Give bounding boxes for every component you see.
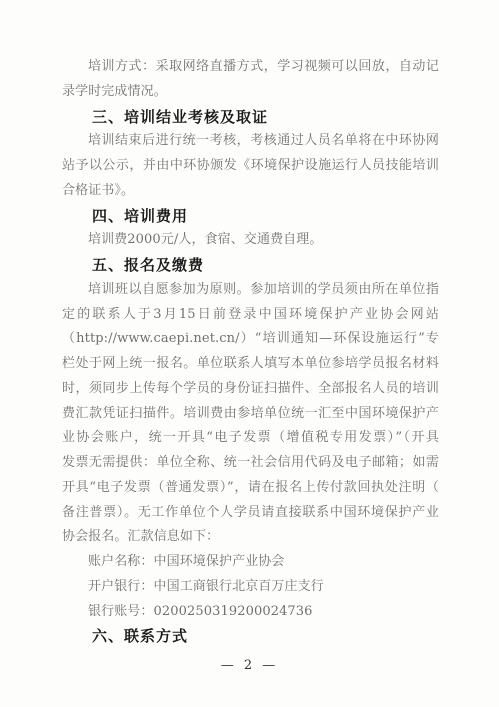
section-heading-fee: 四、培训费用 [62,204,439,229]
section-heading-contact: 六、联系方式 [62,624,439,649]
text-line: 时，须同步上传每个学员的身份证扫描件、全部报名人员的培训 [62,377,439,402]
text-line: 发票无需提供：单位全称、统一社会信用代码及电子邮箱；如需 [62,451,439,476]
text-line: 定的联系人于3月15日前登录中国环境保护产业协会网站 [62,303,439,328]
document-page: 培训方式：采取网络直播方式，学习视频可以回放，自动记 录学时完成情况。 三、培训… [0,0,499,707]
text-line: 协会报名。汇款信息如下： [62,525,439,550]
text-line: 培训结束后进行统一考核，考核通过人员名单将在中环协网 [62,129,439,154]
text-line-account-name: 账户名称：中国环境保护产业协会 [62,550,439,575]
document-body: 培训方式：采取网络直播方式，学习视频可以回放，自动记 录学时完成情况。 三、培训… [62,55,439,649]
text-line: 录学时完成情况。 [62,80,439,105]
page-number: — 2 — [0,658,499,673]
text-line-account-number: 银行账号：0200250319200024736 [62,600,439,625]
text-line: 栏处于网上统一报名。单位联系人填写本单位参培学员报名材料 [62,352,439,377]
section-heading-exam: 三、培训结业考核及取证 [62,105,439,130]
text-line: 站予以公示，并由中环协颁发《环境保护设施运行人员技能培训 [62,154,439,179]
text-line: 业协会账户，统一开具“电子发票（增值税专用发票）”（开具 [62,426,439,451]
text-line: 费汇款凭证扫描件。培训费由参培单位统一汇至中国环境保护产 [62,402,439,427]
text-line-bank-name: 开户银行：中国工商银行北京百万庄支行 [62,575,439,600]
text-line: 培训班以自愿参加为原则。参加培训的学员须由所在单位指 [62,278,439,303]
section-heading-registration: 五、报名及缴费 [62,253,439,278]
text-line: 合格证书》。 [62,179,439,204]
text-line: 培训方式：采取网络直播方式，学习视频可以回放，自动记 [62,55,439,80]
text-line: 备注普票）。无工作单位个人学员请直接联系中国环境保护产业 [62,501,439,526]
text-line: 开具“电子发票（普通发票）”，请在报名上传付款回执处注明（ [62,476,439,501]
text-line-fee: 培训费2000元/人，食宿、交通费自理。 [62,228,439,253]
text-line-website-url: （http://www.caepi.net.cn/）“培训通知—环保设施运行”专 [62,327,439,352]
